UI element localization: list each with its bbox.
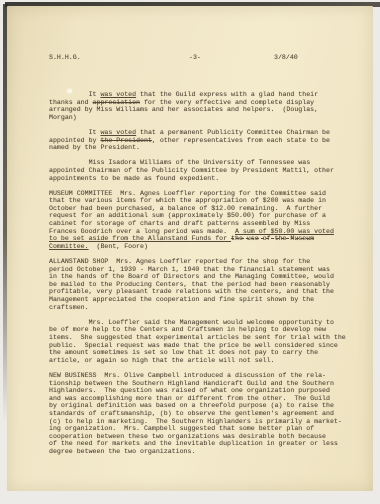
- text-line: appointed by the President, other repres…: [49, 137, 361, 145]
- text-line: appointments to be made as found expedie…: [49, 175, 361, 183]
- text-line: profitable, very pleasant trade relation…: [49, 288, 361, 296]
- text-line: in the hands of the Board of Directors a…: [49, 273, 361, 281]
- text-line: ing organization. Mrs. Campbell suggeste…: [49, 425, 361, 433]
- text-line: craftsmen.: [49, 304, 361, 312]
- text-line: degree between the two organizations.: [49, 448, 361, 456]
- scanned-minutes-page: S.H.H.G. -3- 3/8/40 It was voted that th…: [0, 0, 380, 504]
- text-line: arranged by Miss Williams and her associ…: [49, 106, 361, 114]
- page-number: -3-: [189, 54, 201, 62]
- text-line: ALLANSTAND SHOP Mrs. Agnes Loeffler repo…: [49, 258, 361, 266]
- text-line: It was voted that the Guild express with…: [49, 91, 361, 99]
- text-line: that the various items for which the app…: [49, 197, 361, 205]
- text-line: named by the President.: [49, 144, 361, 152]
- text-line: by original definition was based on a th…: [49, 402, 361, 410]
- paragraph: Miss Isadora Williams of the University …: [49, 159, 361, 182]
- text-line: NEW BUSINESS Mrs. Olive Campbell introdu…: [49, 372, 361, 380]
- text-line: items. She suggested that experimental a…: [49, 334, 361, 342]
- text-line: be of more help to the Centers and Craft…: [49, 326, 361, 334]
- paragraph: It was voted that the Guild express with…: [49, 91, 361, 121]
- paragraph: It was voted that a permanent Publicity …: [49, 129, 361, 152]
- document-body: S.H.H.G. -3- 3/8/40 It was voted that th…: [49, 39, 361, 478]
- text-line: of the need for markets and the inevitab…: [49, 440, 361, 448]
- paragraph: MUSEUM COMMITTEE Mrs. Agnes Loeffler rep…: [49, 190, 361, 251]
- text-line: standards of craftsmanship, (b) to obser…: [49, 410, 361, 418]
- text-line: cabinet for storage of charts and draft …: [49, 220, 361, 228]
- org-abbreviation: S.H.H.G.: [49, 54, 81, 62]
- paragraph: Mrs. Loeffler said the Management would …: [49, 319, 361, 365]
- text-line: Miss Isadora Williams of the University …: [49, 159, 361, 167]
- page-header: S.H.H.G. -3- 3/8/40: [49, 54, 361, 62]
- text-line: Morgan): [49, 114, 361, 122]
- paragraphs-container: It was voted that the Guild express with…: [49, 91, 361, 456]
- text-line: tionship between the Southern Highland H…: [49, 380, 361, 388]
- text-line: the amount sometimes is set so low that …: [49, 349, 361, 357]
- text-line: to be set aside from the Allanstand Fund…: [49, 235, 361, 243]
- text-line: article, or again so high that the artic…: [49, 357, 361, 365]
- paragraph: ALLANSTAND SHOP Mrs. Agnes Loeffler repo…: [49, 258, 361, 311]
- text-line: Committee. (Bent, Foore): [49, 243, 361, 251]
- paragraph: NEW BUSINESS Mrs. Olive Campbell introdu…: [49, 372, 361, 456]
- doc-date: 3/8/40: [274, 54, 298, 62]
- text-line: Management appreciated the cooperation a…: [49, 296, 361, 304]
- text-line: It was voted that a permanent Publicity …: [49, 129, 361, 137]
- text-line: appointed Chairman of the Publicity Comm…: [49, 167, 361, 175]
- text-line: Highlanders. The question was raised of …: [49, 387, 361, 395]
- text-line: (c) to help in marketing. The Southern H…: [49, 418, 361, 426]
- text-line: request for an additional sum (approxima…: [49, 212, 361, 220]
